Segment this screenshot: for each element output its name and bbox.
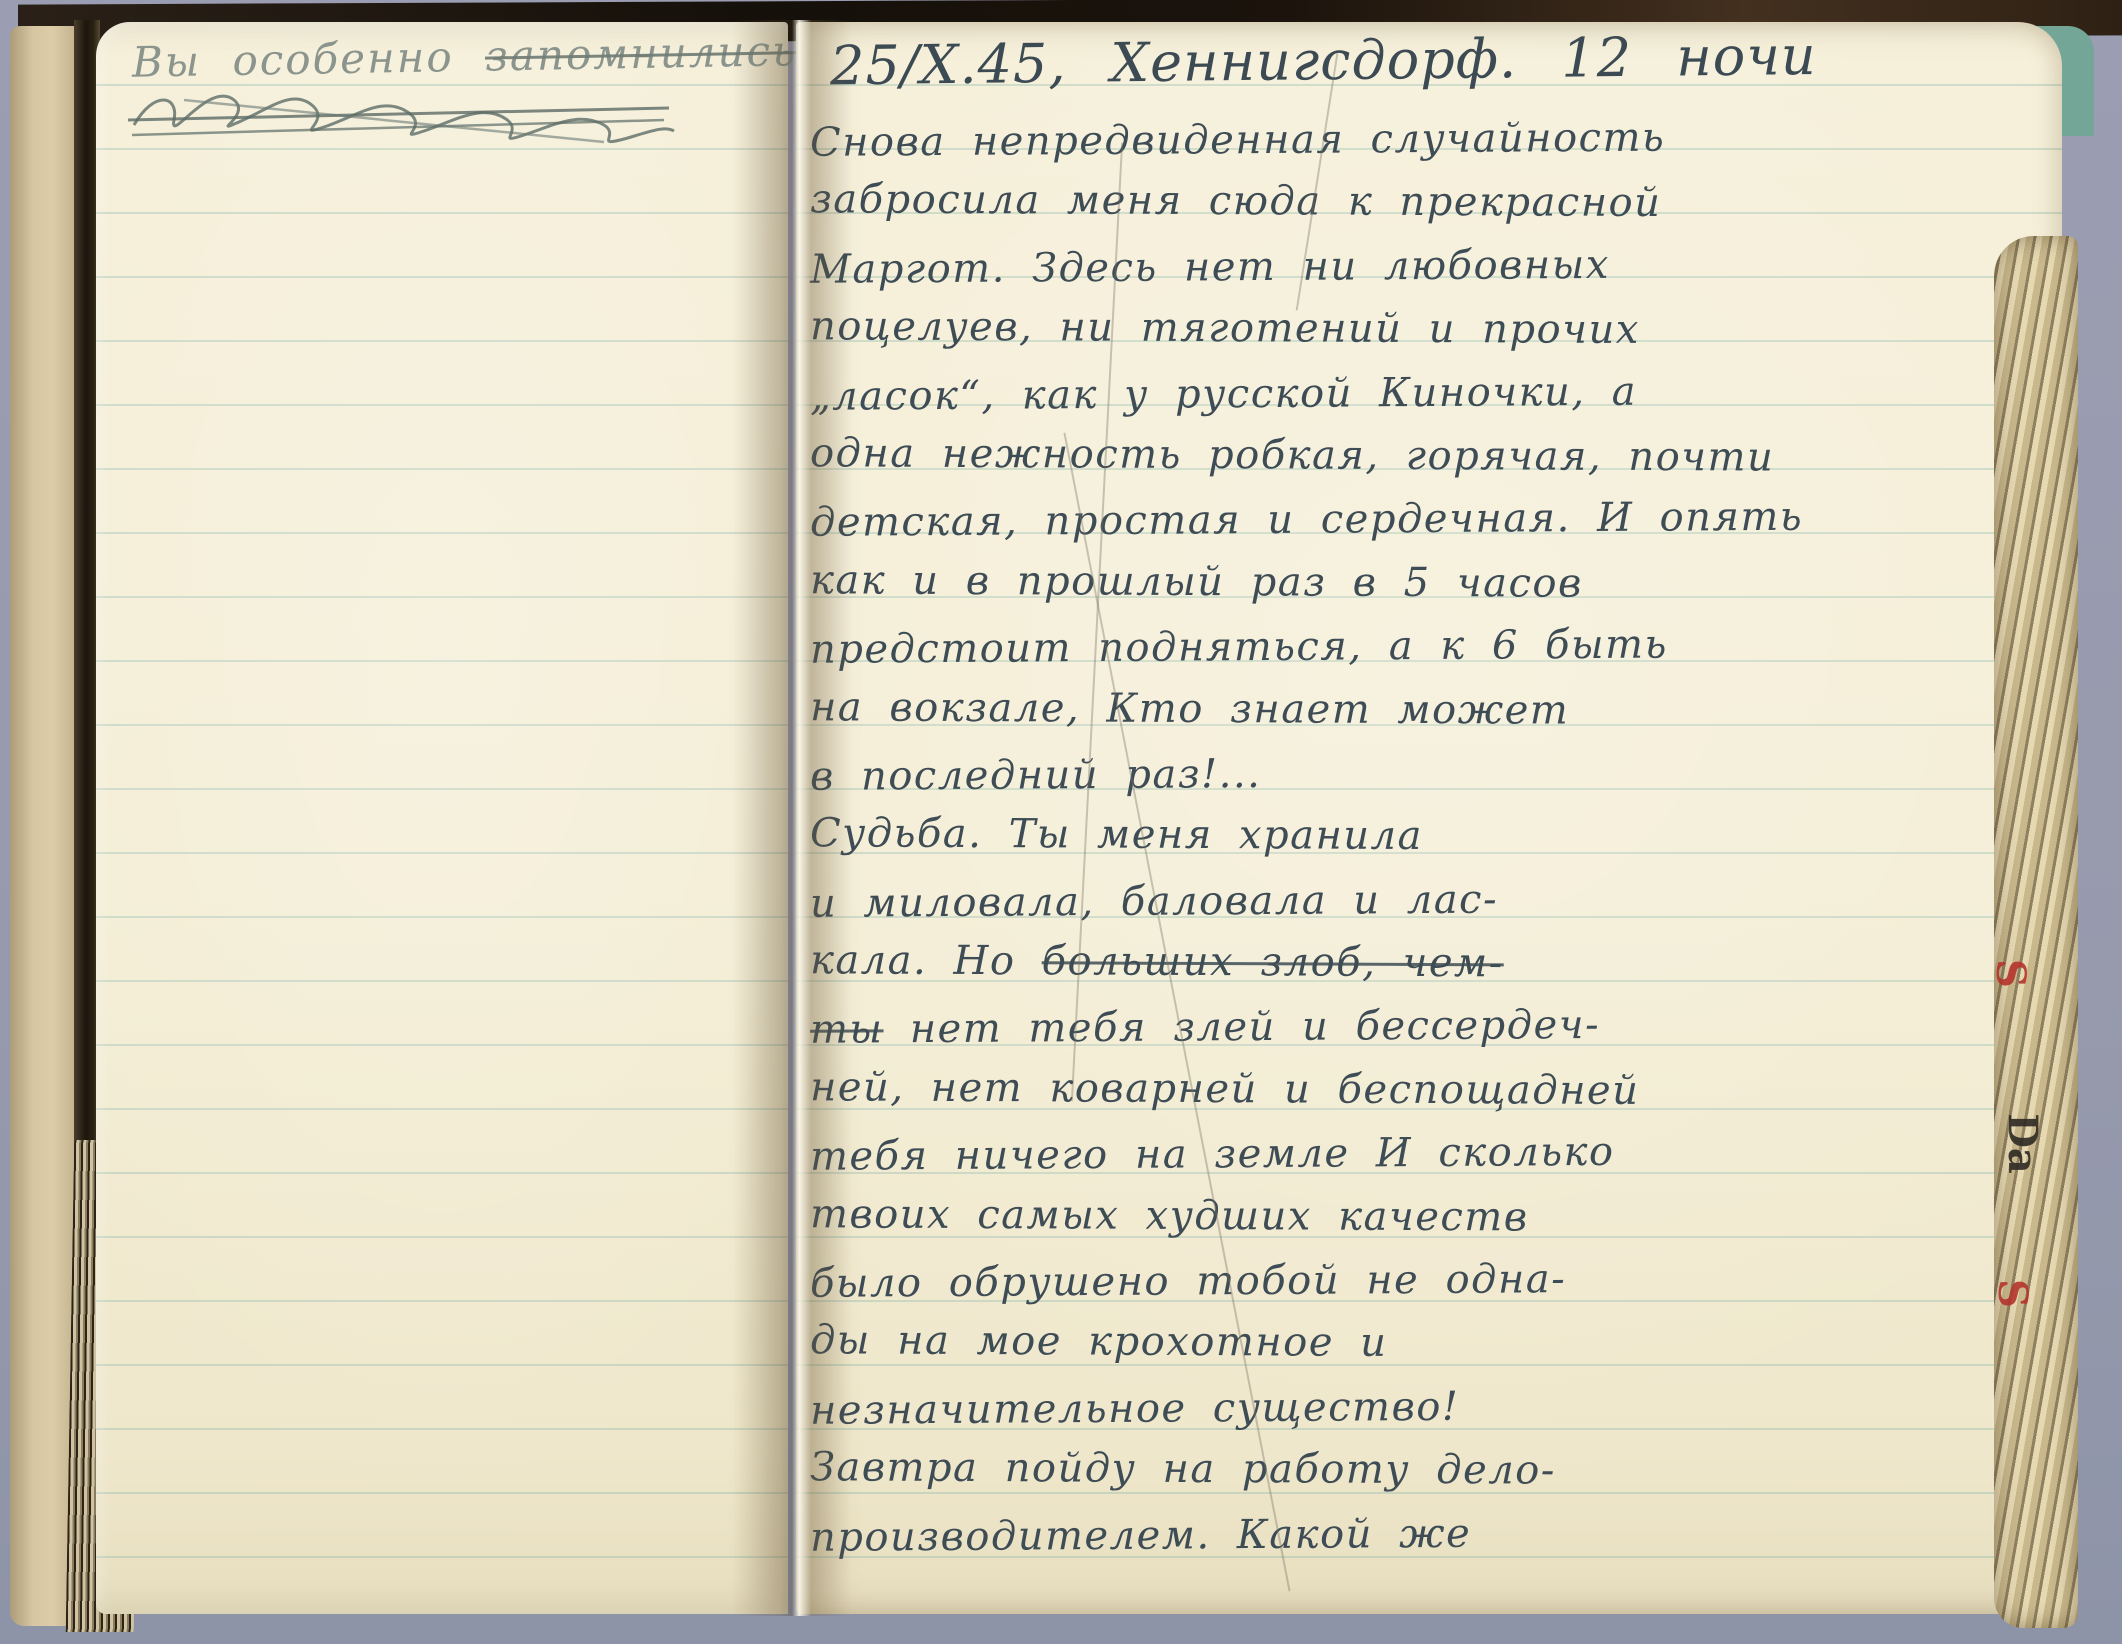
handwriting-line: Судьба. Ты меня хранила: [810, 803, 2050, 872]
handwriting-line: тебя ничего на земле И сколько: [810, 1118, 2050, 1189]
handwritten-text: Снова непредвиденная случайность: [810, 115, 1665, 166]
handwriting-line: „ласок“, как у русской Киночки, а: [810, 358, 2050, 429]
handwriting-line: как и в прошлый раз в 5 часов: [810, 549, 2050, 618]
handwriting-line: Маргот. Здесь нет ни любовных: [810, 231, 2050, 302]
handwritten-text: одна нежность робкая, горячая, почти: [810, 430, 1774, 480]
pencil-note-text: Вы особенно: [132, 32, 486, 87]
handwritten-text: забросила меня сюда к прекрасной: [810, 177, 1662, 227]
handwritten-text: и миловала, баловала и лас-: [810, 876, 1498, 926]
pencil-note-struck-word: запомнились: [485, 26, 798, 80]
handwritten-text: Судьба. Ты меня хранила: [810, 811, 1423, 860]
handwriting-line: ды на мое крохотное и: [810, 1310, 2050, 1379]
left-fore-edge-pages: [10, 26, 76, 1626]
handwriting-line: было обрушено тобой не одна-: [810, 1245, 2050, 1316]
handwritten-text: тебя ничего на земле И сколько: [810, 1129, 1615, 1180]
diary-entry-header: 25/X.45, Хеннигсдорф. 12 ночи: [830, 22, 2041, 98]
handwriting-line: и миловала, баловала и лас-: [810, 865, 2050, 936]
left-page: Вы особенно запомнились: [96, 22, 788, 1614]
handwriting-line: на вокзале, Кто знает может: [810, 676, 2050, 745]
handwritten-text: производителем. Какой же: [810, 1510, 1472, 1560]
handwritten-text: в последний раз!...: [810, 751, 1262, 800]
handwriting-line: Завтра пойду на работу дело-: [810, 1436, 2050, 1505]
handwriting-line: поцелуев, ни тяготений и прочих: [810, 295, 2050, 364]
handwritten-text: Маргот. Здесь нет ни любовных: [810, 242, 1610, 293]
edge-printed-letter: S: [1989, 1279, 2036, 1308]
handwriting-line: твоих самых худших качеств: [810, 1183, 2050, 1252]
handwritten-text: „ласок“, как у русской Киночки, а: [810, 368, 1637, 419]
handwriting-line: в последний раз!...: [810, 738, 2050, 809]
handwriting-line: незначительное существо!: [810, 1372, 2050, 1443]
handwritten-text: кала. Но: [810, 937, 1042, 984]
handwritten-text: твоих самых худших качеств: [810, 1191, 1529, 1240]
handwriting-line: Снова непредвиденная случайность: [810, 104, 2050, 175]
handwritten-text: поцелуев, ни тяготений и прочих: [810, 303, 1640, 353]
handwritten-text: на вокзале, Кто знает может: [810, 684, 1569, 733]
right-fore-edge-crinkled-pages: [1994, 236, 2078, 1628]
handwritten-text: Завтра пойду на работу дело-: [810, 1444, 1556, 1493]
handwritten-text: предстоит подняться, а к 6 быть: [810, 622, 1668, 673]
struck-text: ты: [810, 1007, 884, 1053]
handwriting-line: производителем. Какой же: [810, 1499, 2050, 1570]
handwriting-line: предстоит подняться, а к 6 быть: [810, 611, 2050, 682]
right-page: 25/X.45, Хеннигсдорф. 12 ночи Снова непр…: [796, 22, 2062, 1614]
scanned-diary-spread: Вы особенно запомнились 25/X.45, Хеннигс…: [0, 0, 2122, 1644]
handwritten-text: нет тебя злей и бессердеч-: [883, 1002, 1600, 1052]
edge-printed-letter: Da: [1999, 1113, 2046, 1174]
edge-printed-letter: S: [1987, 959, 2034, 988]
handwritten-text: незначительное существо!: [810, 1384, 1460, 1434]
handwritten-text: ней, нет коварней и беспощадней: [810, 1064, 1640, 1114]
struck-text: больших злоб, чем-: [1042, 938, 1504, 986]
handwriting-line: детская, простая и сердечная. И опять: [810, 485, 2050, 556]
handwriting-line: забросила меня сюда к прекрасной: [810, 169, 2050, 238]
handwritten-text: детская, простая и сердечная. И опять: [810, 494, 1803, 546]
handwriting-lines: Снова непредвиденная случайностьзабросил…: [810, 108, 2050, 1566]
handwritten-text: как и в прошлый раз в 5 часов: [810, 557, 1583, 606]
handwriting-line: ты нет тебя злей и бессердеч-: [810, 992, 2050, 1063]
handwritten-text: ды на мое крохотное и: [810, 1318, 1388, 1367]
pencil-note: Вы особенно запомнились: [132, 26, 793, 87]
handwritten-text: было обрушено тобой не одна-: [810, 1256, 1566, 1307]
handwriting-line: ней, нет коварней и беспощадней: [810, 1056, 2050, 1125]
handwriting-line: кала. Но больших злоб, чем-: [810, 929, 2050, 998]
crossed-out-scribble: [124, 80, 684, 160]
handwriting-line: одна нежность робкая, горячая, почти: [810, 422, 2050, 491]
